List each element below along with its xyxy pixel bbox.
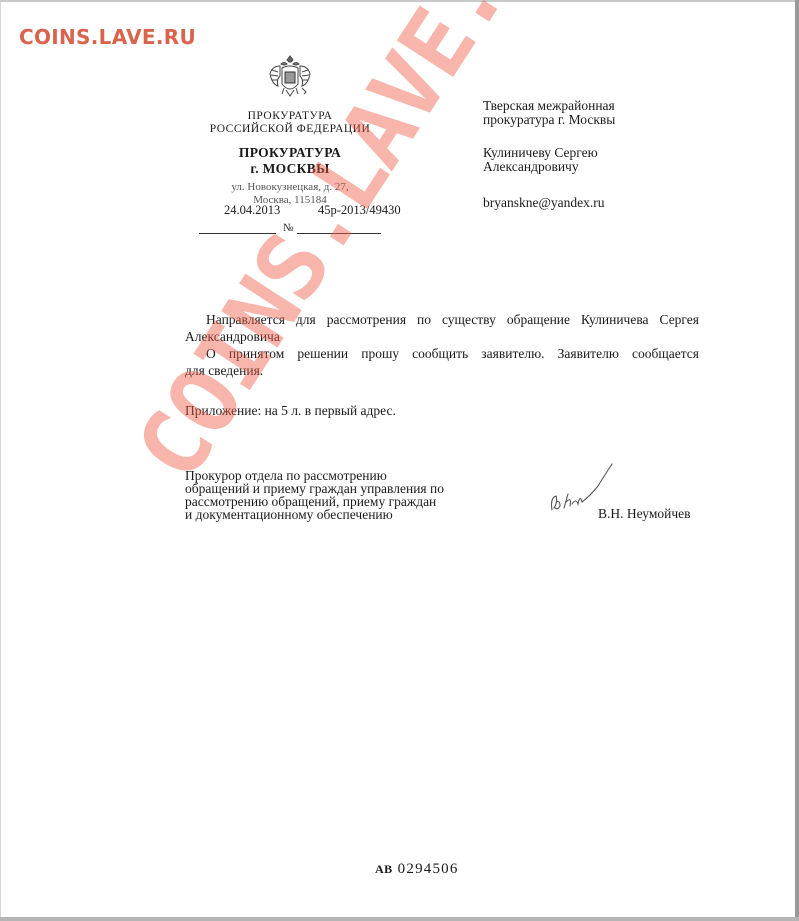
body-paragraph-1: Направляется для рассмотрения по существ… [185, 311, 699, 345]
letterhead-organization: ПРОКУРАТУРА РОССИЙСКОЙ ФЕДЕРАЦИИ [170, 110, 410, 136]
signer-position: Прокурор отдела по рассмотрению обращени… [185, 469, 485, 521]
serial-number: 0294506 [398, 861, 459, 877]
page-frame [0, 0, 798, 919]
site-watermark: COINS.LAVE.RU [19, 25, 196, 49]
recipient-prosecutor-office: Тверская межрайонная прокуратура г. Моск… [483, 99, 615, 127]
org-line-1: ПРОКУРАТУРА [170, 110, 410, 123]
position-line-4: и документационному обеспечению [185, 508, 485, 521]
paragraph-2-line-2: для сведения. [185, 362, 699, 379]
registration-number-line [297, 222, 381, 234]
page-shadow-bottom [0, 917, 799, 921]
russian-coat-of-arms-icon [266, 54, 314, 100]
org-line-2: РОССИЙСКОЙ ФЕДЕРАЦИИ [170, 123, 410, 136]
recipient-email: bryanskne@yandex.ru [483, 196, 605, 210]
form-serial-number: АВ0294506 [375, 861, 459, 878]
recipient-2-line-1: Кулиничеву Сергею [483, 146, 598, 160]
recipient-person: Кулиничеву Сергею Александровичу [483, 146, 598, 174]
recipient-1-line-1: Тверская межрайонная [483, 99, 615, 113]
reference-number: 45р-2013/49430 [318, 203, 401, 218]
signer-name: В.Н. Неумойчев [598, 506, 691, 522]
body-paragraph-2: О принятом решении прошу сообщить заявит… [185, 345, 699, 379]
dept-line-2: г. МОСКВЫ [170, 161, 410, 177]
number-sign: № [283, 222, 294, 234]
dept-line-1: ПРОКУРАТУРА [170, 145, 410, 161]
recipient-1-line-2: прокуратура г. Москвы [483, 113, 615, 127]
paragraph-2-line-1: О принятом решении прошу сообщить заявит… [185, 345, 699, 362]
registration-date-line [199, 222, 276, 234]
paragraph-1-text: Направляется для рассмотрения по существ… [185, 311, 699, 345]
document-date: 24.04.2013 [224, 203, 280, 218]
letterhead-department: ПРОКУРАТУРА г. МОСКВЫ [170, 145, 410, 177]
attachment-note: Приложение: на 5 л. в первый адрес. [185, 403, 396, 419]
address-line-1: ул. Новокузнецкая, д. 27, [170, 181, 410, 194]
serial-prefix: АВ [375, 862, 393, 876]
page-shadow-right [795, 0, 799, 921]
recipient-2-line-2: Александровичу [483, 160, 598, 174]
